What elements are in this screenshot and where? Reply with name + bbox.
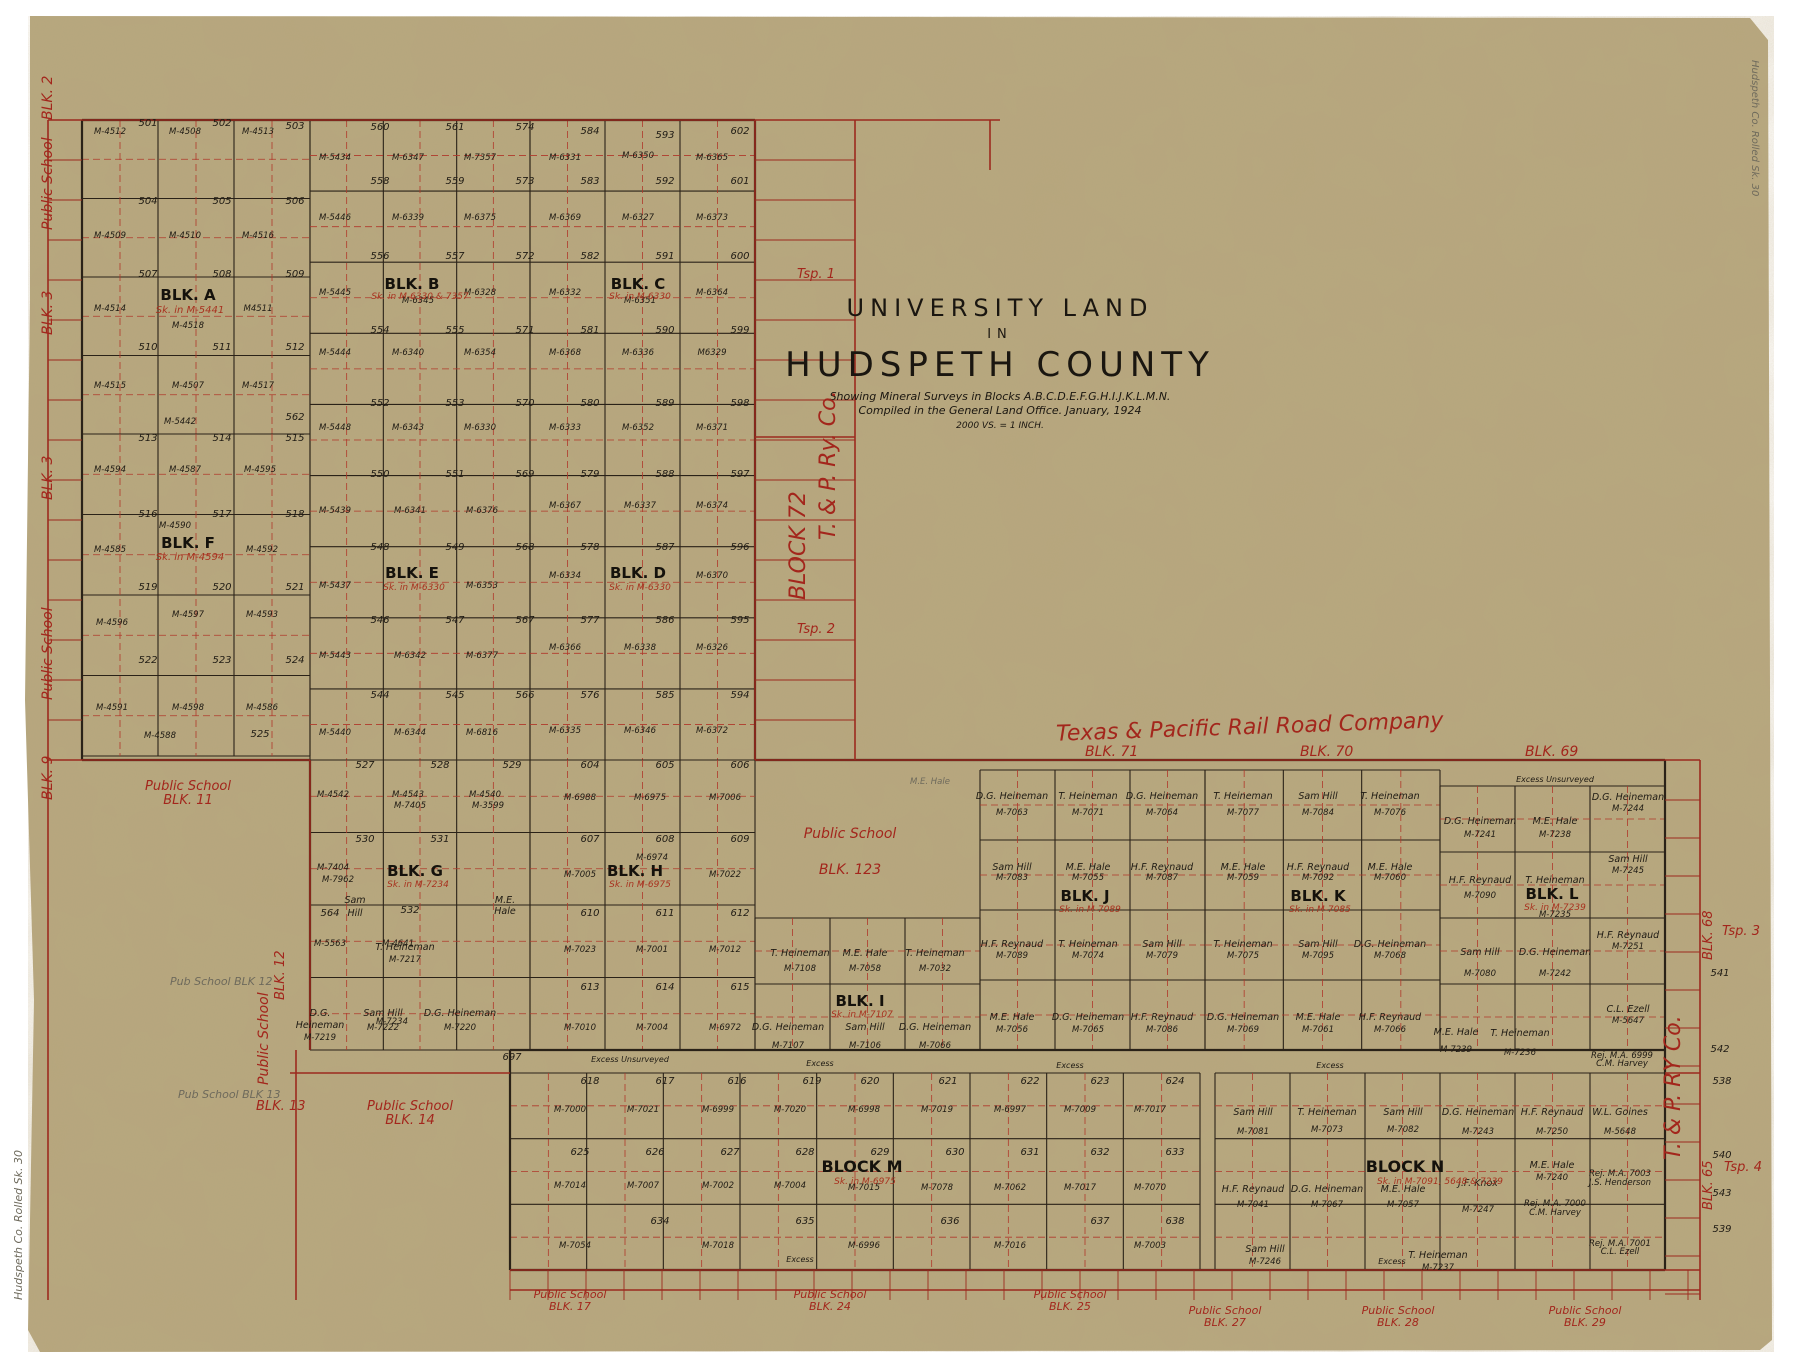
public-school-label: Public School [804,826,897,842]
mineral-survey-number: M-7087 [1146,873,1179,883]
claimant-name: Sam Hill [1233,1107,1273,1118]
blk-68-label: BLK. 68 [1701,911,1716,961]
section-number: 566 [515,690,534,701]
mineral-survey-number: M-4593 [246,610,278,620]
section-number: 601 [730,176,749,187]
section-number: 583 [580,176,599,187]
excess-note: Excess [1056,1061,1083,1070]
section-number: 525 [250,729,269,740]
claimant-name: H.F. Reynaud [1521,1107,1584,1118]
section-number: 576 [580,690,599,701]
mineral-survey-number: M-6337 [624,501,657,511]
section-number: 591 [655,251,674,262]
section-number: 514 [212,433,231,444]
section-number: 631 [1020,1147,1039,1158]
mineral-survey-number: M-7032 [919,964,951,974]
section-number: 602 [730,126,749,137]
mineral-survey-number: M-6996 [848,1241,881,1251]
mineral-survey-number: M-7009 [1064,1105,1096,1115]
public-school-blk: BLK. 25 [1049,1300,1091,1313]
claimant-name: H.F. Reynaud [1449,875,1512,886]
section-number: 547 [445,615,465,626]
township-4: Tsp. 4 [1724,1160,1762,1175]
mineral-survey-number: M-7246 [1249,1257,1282,1267]
title-line-2: IN [987,327,1013,342]
blk-f-sketch: Sk. in M-4594 [156,552,224,563]
section-number: 594 [730,690,749,701]
section-number: 582 [580,251,599,262]
township-3: Tsp. 3 [1722,924,1760,939]
section-number: 635 [795,1216,814,1227]
mineral-survey-number: M-7405 [394,801,426,811]
section-number: 600 [730,251,749,262]
section-number: 532 [400,905,419,916]
mineral-survey-number: M-4598 [172,703,205,713]
mineral-survey-number: M-7016 [994,1241,1027,1251]
claimant-name: M.E. Hale [990,1012,1035,1023]
blk-j-sketch: Sk. in M-7089 [1059,905,1121,915]
mineral-survey-number: J.S. Henderson [1587,1178,1651,1188]
section-number: 615 [730,982,749,993]
mineral-survey-number: M-7071 [1072,808,1104,818]
mineral-survey-number: M-5442 [164,417,196,427]
public-school-blk: BLK. 3 [40,456,56,500]
mineral-survey-number: M-6365 [696,153,728,163]
claimant-name: M.E. Hale [1221,862,1266,873]
mineral-survey-number: M-7222 [367,1023,399,1033]
public-school-label: Public School [367,1099,453,1114]
mineral-survey-number: M-6341 [394,506,426,516]
blk-f-label: BLK. F [161,534,215,552]
public-school-blk: BLK. 2 [40,76,56,120]
mineral-survey-number: M-7005 [564,870,596,880]
public-school-blk: BLK. 3 [40,291,56,335]
section-number: 592 [655,176,674,187]
mineral-survey-number: M-4517 [242,381,275,391]
mineral-survey-number: M-7055 [1072,873,1104,883]
claimant-name: T. Heineman [1490,1028,1549,1039]
margin-note-left: Hudspeth Co. Rolled Sk. 30 [12,1150,25,1300]
township-1: Tsp. 1 [797,267,835,282]
mineral-survey-number: M-6335 [549,726,581,736]
claimant-name: T. Heineman [375,942,434,953]
section-number: 630 [945,1147,964,1158]
mineral-survey-number: M-4510 [169,231,201,241]
mineral-survey-number: M-6368 [549,348,582,358]
mineral-survey-number: M-4513 [242,127,274,137]
mineral-survey-number: M-7001 [636,945,668,955]
mineral-survey-number: M-7063 [996,808,1028,818]
section-number: 538 [1712,1076,1731,1087]
mineral-survey-number: M-4540 [469,790,501,800]
claimant-name: H.F. Reynaud [1597,930,1660,941]
section-number: 513 [138,433,157,444]
mineral-survey-number: M-4586 [246,703,279,713]
section-number: 613 [580,982,599,993]
mineral-survey-number: M-5437 [319,581,352,591]
mineral-survey-number: M-3599 [472,801,504,811]
mineral-survey-number: M-6347 [392,153,425,163]
claimant-name: Sam Hill [1142,939,1182,950]
block-n-sketch: Sk. in M-7091, 5648 & 7239 [1377,1177,1503,1187]
mineral-survey-number: M-7056 [996,1025,1029,1035]
mineral-survey-number: M-7004 [636,1023,668,1033]
mineral-survey-number: M-6371 [696,423,728,433]
mineral-survey-number: M-6346 [624,726,657,736]
mineral-survey-number: M-4515 [94,381,126,391]
claimant-name: D.G. Heineman [1592,792,1664,803]
blk-d-label: BLK. D [610,564,666,582]
claimant-name: D.G. Heineman [1126,791,1198,802]
section-number: 515 [285,433,304,444]
mineral-survey-number: M-6333 [549,423,581,433]
public-school-label: Public School [40,607,56,700]
mineral-survey-number: M-6999 [702,1105,734,1115]
section-number: 636 [940,1216,959,1227]
section-number: 541 [1710,968,1729,979]
township-2: Tsp. 2 [797,622,835,637]
mineral-survey-number: M-4590 [159,521,191,531]
mineral-survey-number: M-7086 [1146,1025,1179,1035]
mineral-survey-number: C.M. Harvey [1596,1059,1649,1069]
compiled-note: Compiled in the General Land Office. Jan… [858,404,1141,417]
claimant-name: M.E. [495,895,515,906]
mineral-survey-number: M-4509 [94,231,126,241]
mineral-survey-number: M-6352 [622,423,654,433]
claimant-name: D.G. Heineman [752,1022,824,1033]
mineral-survey-number: M-7239 [1440,1045,1472,1055]
mineral-survey-number: M-7022 [709,870,741,880]
section-number: 593 [655,130,674,141]
section-number: 632 [1090,1147,1109,1158]
claimant-name: H.F. Reynaud [1359,1012,1422,1023]
mineral-survey-number: M-6330 [464,423,496,433]
section-number: 625 [570,1147,589,1158]
section-number: 607 [580,834,600,845]
mineral-survey-number: M-5444 [319,348,351,358]
mineral-survey-number: M-6327 [622,213,655,223]
mineral-survey-number: M-4507 [172,381,205,391]
excess-note: Excess [806,1059,833,1068]
section-number: 545 [445,690,464,701]
claimant-name: H.F. Reynaud [981,939,1044,950]
section-number: 528 [430,760,449,771]
mineral-survey-number: M-7059 [1227,873,1259,883]
section-number: 507 [138,269,158,280]
mineral-survey-number: M-7240 [1536,1173,1568,1183]
pencil-note: Pub School BLK 13 [178,1088,280,1101]
mineral-survey-number: M-7065 [1072,1025,1104,1035]
section-number: 504 [138,196,157,207]
claimant-name: Sam Hill [1460,947,1500,958]
claimant-name: D.G. [310,1008,331,1019]
blk-a-sketch: Sk. in M-5441 [156,305,224,316]
mineral-survey-number: M-7247 [1462,1205,1495,1215]
mineral-survey-number: M-7019 [921,1105,953,1115]
mineral-survey-number: M-7095 [1302,951,1334,961]
public-school-blk: BLK. 11 [163,793,213,808]
mineral-survey-number: M-6364 [696,288,728,298]
mineral-survey-number: M-7404 [317,863,349,873]
section-number: 605 [655,760,674,771]
claimant-name: T. Heineman [905,948,964,959]
section-number: 596 [730,542,749,553]
blk-i-sketch: Sk. in M-7107 [831,1010,893,1020]
mineral-survey-number: M-7220 [444,1023,476,1033]
section-number: 626 [645,1147,664,1158]
section-number: 551 [445,469,464,480]
mineral-survey-number: M-7084 [1302,808,1334,818]
mineral-survey-number: M-7250 [1536,1127,1568,1137]
section-number: 628 [795,1147,814,1158]
mineral-survey-number: M-7054 [559,1241,591,1251]
section-number: 614 [655,982,674,993]
mineral-survey-number: M-6340 [392,348,424,358]
mineral-survey-number: M-4508 [169,127,202,137]
blk-71-label: BLK. 71 [1085,744,1138,760]
claimant-name: Sam Hill [363,1008,403,1019]
mineral-survey-number: M-7017 [1134,1105,1167,1115]
section-number: 587 [655,542,675,553]
public-school-blk: BLK. 14 [385,1113,435,1128]
mineral-survey-number: M-6354 [464,348,496,358]
mineral-survey-number: M-7090 [1464,891,1496,901]
mineral-survey-number: M-4597 [172,610,205,620]
mineral-survey-number: M-6353 [466,581,498,591]
section-number: 552 [370,398,389,409]
mineral-survey-number: M-7241 [1464,830,1496,840]
section-number: 627 [720,1147,740,1158]
section-number: 617 [655,1076,675,1087]
section-number: 577 [580,615,600,626]
mineral-survey-number: M-5439 [319,506,351,516]
section-number: 561 [445,122,464,133]
mineral-survey-number: M-7018 [702,1241,735,1251]
section-number: 539 [1712,1224,1731,1235]
section-number: 584 [580,126,599,137]
mineral-survey-number: M-6334 [549,571,581,581]
section-number: 581 [580,325,599,336]
mineral-survey-number: M-6367 [549,501,582,511]
section-number: 637 [1090,1216,1110,1227]
mineral-survey-number: M-7074 [1072,951,1104,961]
mineral-survey-number: M-4516 [242,231,275,241]
section-number: 556 [370,251,389,262]
block-m-sketch: Sk. in M-6975 [834,1177,896,1187]
map-subtitle: Showing Mineral Surveys in Blocks A.B.C.… [830,390,1171,403]
section-number: 624 [1165,1076,1184,1087]
mineral-survey-number: M-7070 [1134,1183,1166,1193]
blk-e-label: BLK. E [385,564,439,582]
section-number: 516 [138,509,157,520]
mineral-survey-number: C.L. Ezell [1601,1247,1640,1257]
mineral-survey-number: M-7010 [564,1023,596,1033]
section-number: 612 [730,908,749,919]
mineral-survey-number: M-7069 [1227,1025,1259,1035]
mineral-survey-number: M-5647 [1612,1016,1645,1026]
mineral-survey-number: M-7079 [1146,951,1178,961]
blk-b-label: BLK. B [385,275,440,293]
mineral-survey-number: M-5446 [319,213,352,223]
blk-g-label: BLK. G [387,862,443,880]
section-number: 548 [370,542,389,553]
claimant-name: H.F. Reynaud [1131,862,1194,873]
block-m-label: BLOCK M [821,1157,902,1176]
claimant-name: D.G. Heineman [976,791,1048,802]
blk-70-label: BLK. 70 [1300,744,1353,760]
section-number: 564 [320,908,339,919]
mineral-survey-number: M-7073 [1311,1125,1343,1135]
section-number: 579 [580,469,599,480]
mineral-survey-number: M-7060 [1374,873,1406,883]
claimant-name: D.G. Heineman [1519,947,1591,958]
mineral-survey-number: M-7238 [1539,830,1572,840]
public-school-label: Public School [145,779,231,794]
claimant-name: Sam Hill [992,862,1032,873]
blk-i-label: BLK. I [835,992,884,1010]
section-number: 574 [515,122,534,133]
mineral-survey-number: M-7006 [709,793,742,803]
claimant-name: D.G. Heineman [1207,1012,1279,1023]
section-number: 517 [212,509,232,520]
claimant-name: T. Heineman [1297,1107,1356,1118]
mineral-survey-number: M-7080 [1464,969,1496,979]
claimant-name: H.F. Reynaud [1222,1184,1285,1195]
section-number: 638 [1165,1216,1184,1227]
mineral-survey-number: M-7236 [1504,1048,1537,1058]
mineral-survey-number: M-7092 [1302,873,1334,883]
mineral-survey-number: M-7108 [784,964,817,974]
section-number: 618 [580,1076,599,1087]
claimant-name: Sam [344,895,365,906]
section-number: 519 [138,582,157,593]
section-number: 611 [655,908,674,919]
mineral-survey-number: M-6343 [392,423,424,433]
mineral-survey-number: M-7068 [1374,951,1407,961]
mineral-survey-number: M-4518 [172,321,205,331]
claimant-name: M.E. Hale [1296,1012,1341,1023]
mineral-survey-number: M-5443 [319,651,351,661]
mineral-survey-number: M-6998 [848,1105,881,1115]
mineral-survey-number: M-5445 [319,288,351,298]
map-sheet: M-4512M-4508M-4513M-4509M-4510M-4516M-45… [0,0,1800,1369]
mineral-survey-number: M-7357 [464,153,497,163]
claimant-name: D.G. Heineman [424,1008,496,1019]
mineral-survey-number: M-7245 [1612,866,1644,876]
section-number: 555 [445,325,464,336]
excess-note: Excess [786,1255,813,1264]
public-school-blk: BLK. 123 [819,862,881,878]
claimant-name: W.L. Goines [1592,1107,1648,1118]
section-number: 559 [445,176,464,187]
block-72-company: T. & P. Ry. Co. [816,390,841,540]
mineral-survey-number: M-4587 [169,465,202,475]
claimant-name: T. Heineman [1058,939,1117,950]
mineral-survey-number: M-7057 [1387,1200,1420,1210]
section-number: 558 [370,176,389,187]
title-line-1: UNIVERSITY LAND [847,294,1154,322]
public-school-blk: BLK. 17 [549,1300,591,1313]
section-number: 527 [355,760,375,771]
mineral-survey-number: M-7066 [1374,1025,1407,1035]
section-number: 571 [515,325,534,336]
mineral-survey-number: M-6972 [709,1023,741,1033]
section-number: 697 [502,1052,522,1063]
mineral-survey-number: M4511 [244,304,273,314]
mineral-survey-number: M-7020 [774,1105,806,1115]
section-number: 623 [1090,1076,1109,1087]
public-school-blk: BLK. 24 [809,1300,851,1313]
claimant-name: D.G. Heineman [1444,816,1516,827]
section-number: 554 [370,325,389,336]
claimant-name: M.E. Hale [1533,816,1578,827]
claimant-name: D.G. Heineman [899,1022,971,1033]
mineral-survey-number: M-7067 [1311,1200,1344,1210]
claimant-name: H.F. Reynaud [1287,862,1350,873]
mineral-survey-number: M-7242 [1539,969,1571,979]
section-number: 588 [655,469,674,480]
section-number: 502 [212,118,231,129]
excess-note: Excess Unsurveyed [591,1055,670,1064]
claimant-name: C.L. Ezell [1606,1004,1649,1015]
section-number: 557 [445,251,465,262]
claimant-name: Sam Hill [845,1022,885,1033]
blk-65-label: BLK. 65 [1701,1161,1716,1211]
blk-k-label: BLK. K [1290,887,1347,905]
mineral-survey-number: M-6328 [464,288,497,298]
section-number: 503 [285,121,304,132]
blk-l-sketch: Sk. in M-7239 [1524,903,1586,913]
section-number: 609 [730,834,749,845]
claimant-name: T. Heineman [1360,791,1419,802]
mineral-survey-number: M-6344 [394,728,426,738]
mineral-survey-number: M-7219 [304,1033,336,1043]
mineral-survey-number: M-4596 [96,618,129,628]
mineral-survey-number: M-4514 [94,304,126,314]
blk-e-sketch: Sk. in M-6330 [383,583,445,593]
mineral-survey-number: M-7003 [1134,1241,1166,1251]
section-number: 524 [285,655,304,666]
mineral-survey-number: M-7000 [554,1105,586,1115]
claimant-name: T. Heineman [1213,939,1272,950]
section-number: 606 [730,760,749,771]
mineral-survey-number: M-6372 [696,726,728,736]
excess-note: Excess Unsurveyed [1516,775,1595,784]
mineral-survey-number: M-7077 [1227,808,1260,818]
section-number: 599 [730,325,749,336]
mineral-survey-number: M-4543 [392,790,424,800]
mineral-survey-number: M-6339 [392,213,424,223]
block-n-label: BLOCK N [1366,1157,1445,1176]
claimant-name: Heineman [296,1020,345,1031]
section-number: 622 [1020,1076,1039,1087]
mineral-survey-number: M-6326 [696,643,729,653]
section-number: 529 [502,760,521,771]
blk-h-sketch: Sk. in M-6975 [609,880,671,890]
section-number: 553 [445,398,464,409]
section-number: 530 [355,834,374,845]
section-number: 616 [727,1076,746,1087]
section-number: 610 [580,908,599,919]
mineral-survey-number: M-7014 [554,1181,586,1191]
mineral-survey-number: M-7078 [921,1183,954,1193]
mineral-survey-number: M-7962 [322,875,354,885]
section-number: 597 [730,469,750,480]
pencil-note: Pub School BLK 12 [170,975,272,988]
mineral-survey-number: M-7251 [1612,942,1644,952]
section-number: 620 [860,1076,879,1087]
mineral-survey-number: M-7083 [996,873,1028,883]
